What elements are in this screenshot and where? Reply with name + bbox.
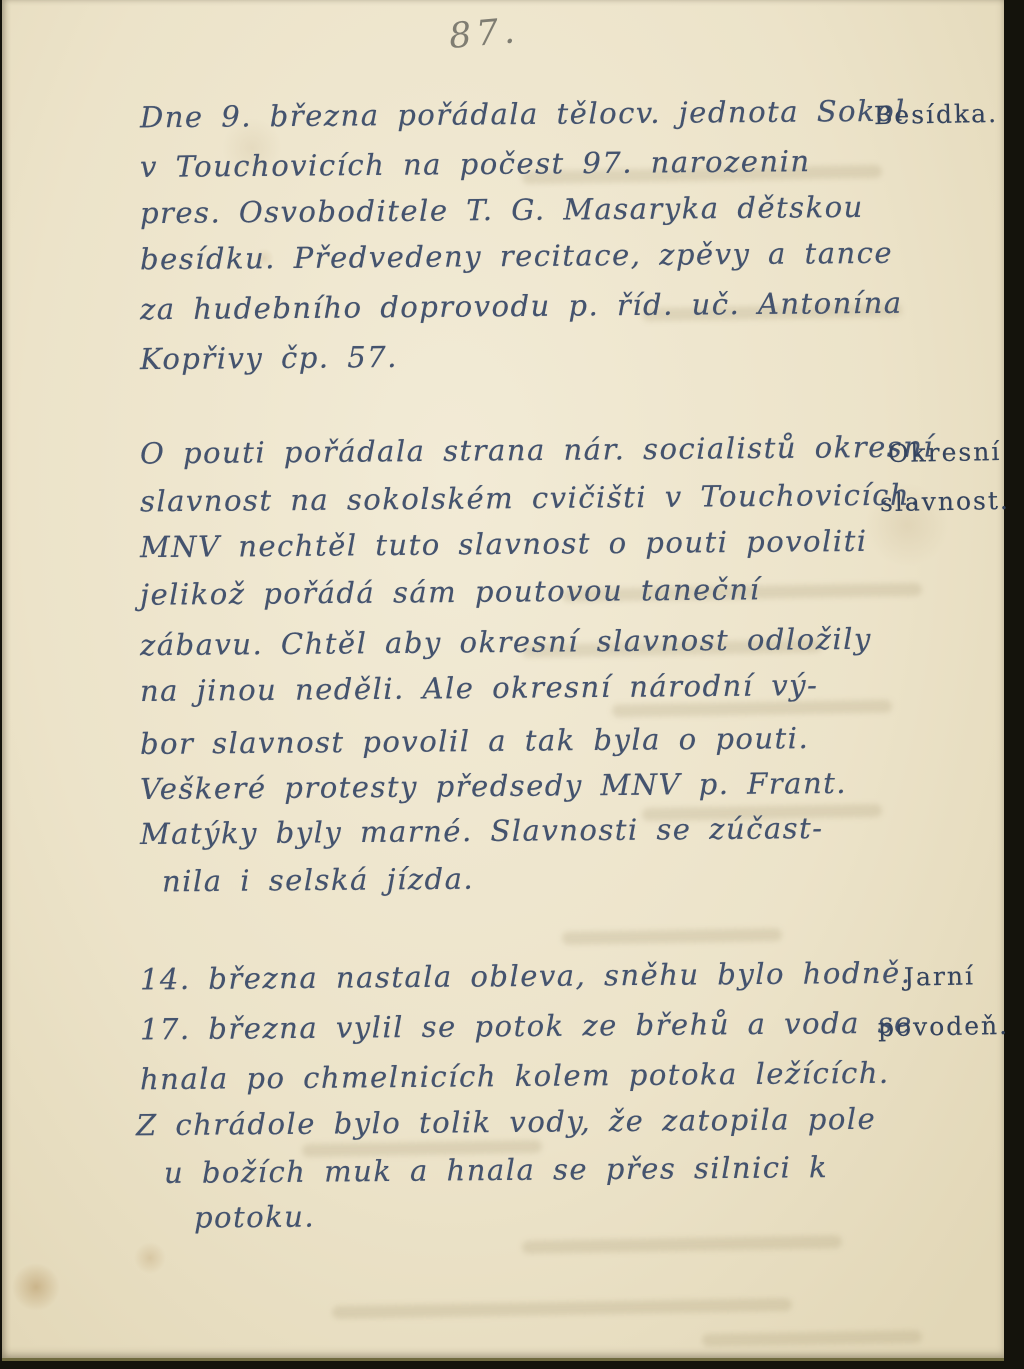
handwritten-line: MNV nechtěl tuto slavnost o pouti povoli… <box>140 527 868 562</box>
handwritten-line: hnala po chmelnicích kolem potoka ležící… <box>140 1059 890 1095</box>
handwritten-line: slavnost na sokolském cvičišti v Touchov… <box>140 481 921 517</box>
handwritten-line: 17. března vylil se potok ze břehů a vod… <box>140 1009 913 1045</box>
handwritten-line: u božích muk a hnala se přes silnici k <box>164 1153 828 1188</box>
bleed-through-smudge <box>522 1235 842 1254</box>
handwritten-line: jelikož pořádá sám poutovou taneční <box>140 575 761 609</box>
margin-note: povodeň. <box>878 1013 1009 1040</box>
handwritten-line: zábavu. Chtěl aby okresní slavnost odlož… <box>140 625 872 660</box>
handwritten-line: za hudebního doprovodu p. říd. uč. Anton… <box>140 289 903 325</box>
handwritten-line: Veškeré protesty předsedy MNV p. Frant. <box>140 769 847 804</box>
handwritten-line: potoku. <box>194 1202 315 1232</box>
handwritten-line: bor slavnost povolil a tak byla o pouti. <box>140 724 809 759</box>
handwritten-line: nila i selská jízda. <box>162 865 474 897</box>
margin-note: Okresní <box>888 439 1002 466</box>
handwritten-line: Matýky byly marné. Slavnosti se zúčast- <box>140 814 824 849</box>
bleed-through-smudge <box>562 928 782 945</box>
handwritten-line: Kopřivy čp. 57. <box>140 343 398 374</box>
bleed-through-smudge <box>332 1298 792 1319</box>
margin-note: slavnost. <box>880 488 1010 515</box>
handwritten-line: 14. března nastala obleva, sněhu bylo ho… <box>140 959 912 995</box>
page-number: 87. <box>447 11 521 57</box>
handwritten-line: v Touchovicích na počest 97. narozenin <box>140 147 811 182</box>
handwritten-line: besídku. Předvedeny recitace, zpěvy a ta… <box>140 239 893 275</box>
scanned-page: { "document": { "kind": "handwritten chr… <box>0 0 1024 1369</box>
handwritten-line: Dne 9. března pořádala tělocv. jednota S… <box>140 97 906 133</box>
bleed-through-smudge <box>702 1330 922 1347</box>
margin-note: Jarní <box>904 963 975 989</box>
margin-note: Besídka. <box>874 101 998 128</box>
handwritten-line: Z chrádole bylo tolik vody, že zatopila … <box>136 1105 877 1140</box>
paper-sheet: 87. Dne 9. března pořádala tělocv. jedno… <box>2 0 1004 1361</box>
handwritten-line: na jinou neděli. Ale okresní národní vý- <box>140 671 819 706</box>
handwritten-line: pres. Osvoboditele T. G. Masaryka dětsko… <box>140 193 864 228</box>
handwritten-line: O pouti pořádala strana nár. socialistů … <box>140 433 934 469</box>
